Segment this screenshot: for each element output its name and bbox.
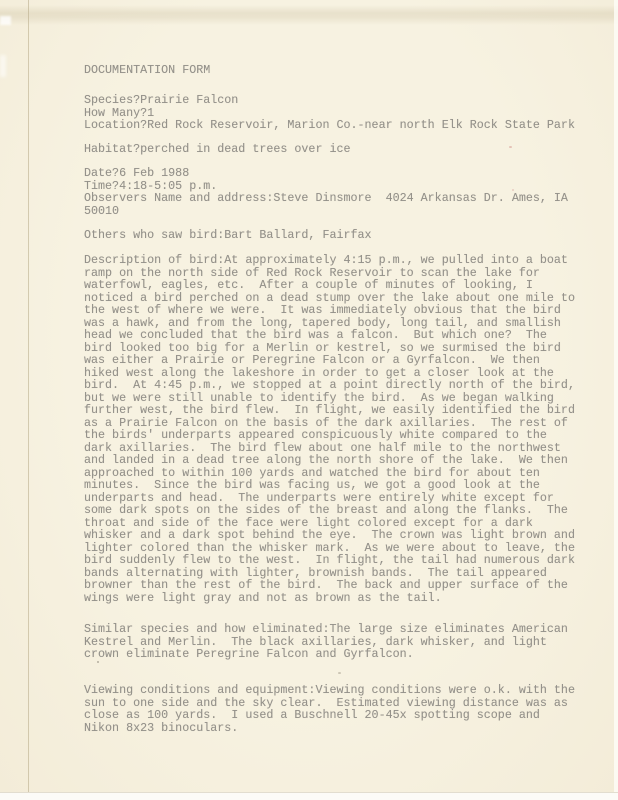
species-section: Species?Prairie Falcon How Many?1 Locati… — [84, 94, 592, 132]
scanned-document-page: DOCUMENTATION FORM Species?Prairie Falco… — [0, 0, 618, 800]
scan-speck — [512, 189, 514, 191]
scan-edge-highlight-mid — [0, 55, 6, 77]
document-body: DOCUMENTATION FORM Species?Prairie Falco… — [84, 64, 592, 734]
scan-right-edge — [614, 0, 618, 793]
bird-description-section: Description of bird:At approximately 4:1… — [84, 254, 592, 604]
scan-bottom-edge — [0, 792, 618, 800]
document-title: DOCUMENTATION FORM — [84, 64, 592, 77]
date-time-observer-section: Date?6 Feb 1988 Time?4:18-5:05 p.m. Obse… — [84, 167, 592, 217]
similar-species-section: Similar species and how eliminated:The l… — [84, 623, 592, 661]
scan-speck — [338, 672, 341, 674]
scan-shadow-band — [0, 5, 618, 25]
paper-fold-line — [28, 0, 29, 793]
habitat-section: Habitat?perched in dead trees over ice — [84, 143, 592, 156]
viewing-conditions-section: Viewing conditions and equipment:Viewing… — [84, 684, 592, 734]
other-observers-section: Others who saw bird:Bart Ballard, Fairfa… — [84, 229, 592, 242]
scan-speck — [97, 661, 99, 663]
scan-speck — [509, 146, 512, 148]
scan-edge-highlight-top — [0, 16, 11, 25]
